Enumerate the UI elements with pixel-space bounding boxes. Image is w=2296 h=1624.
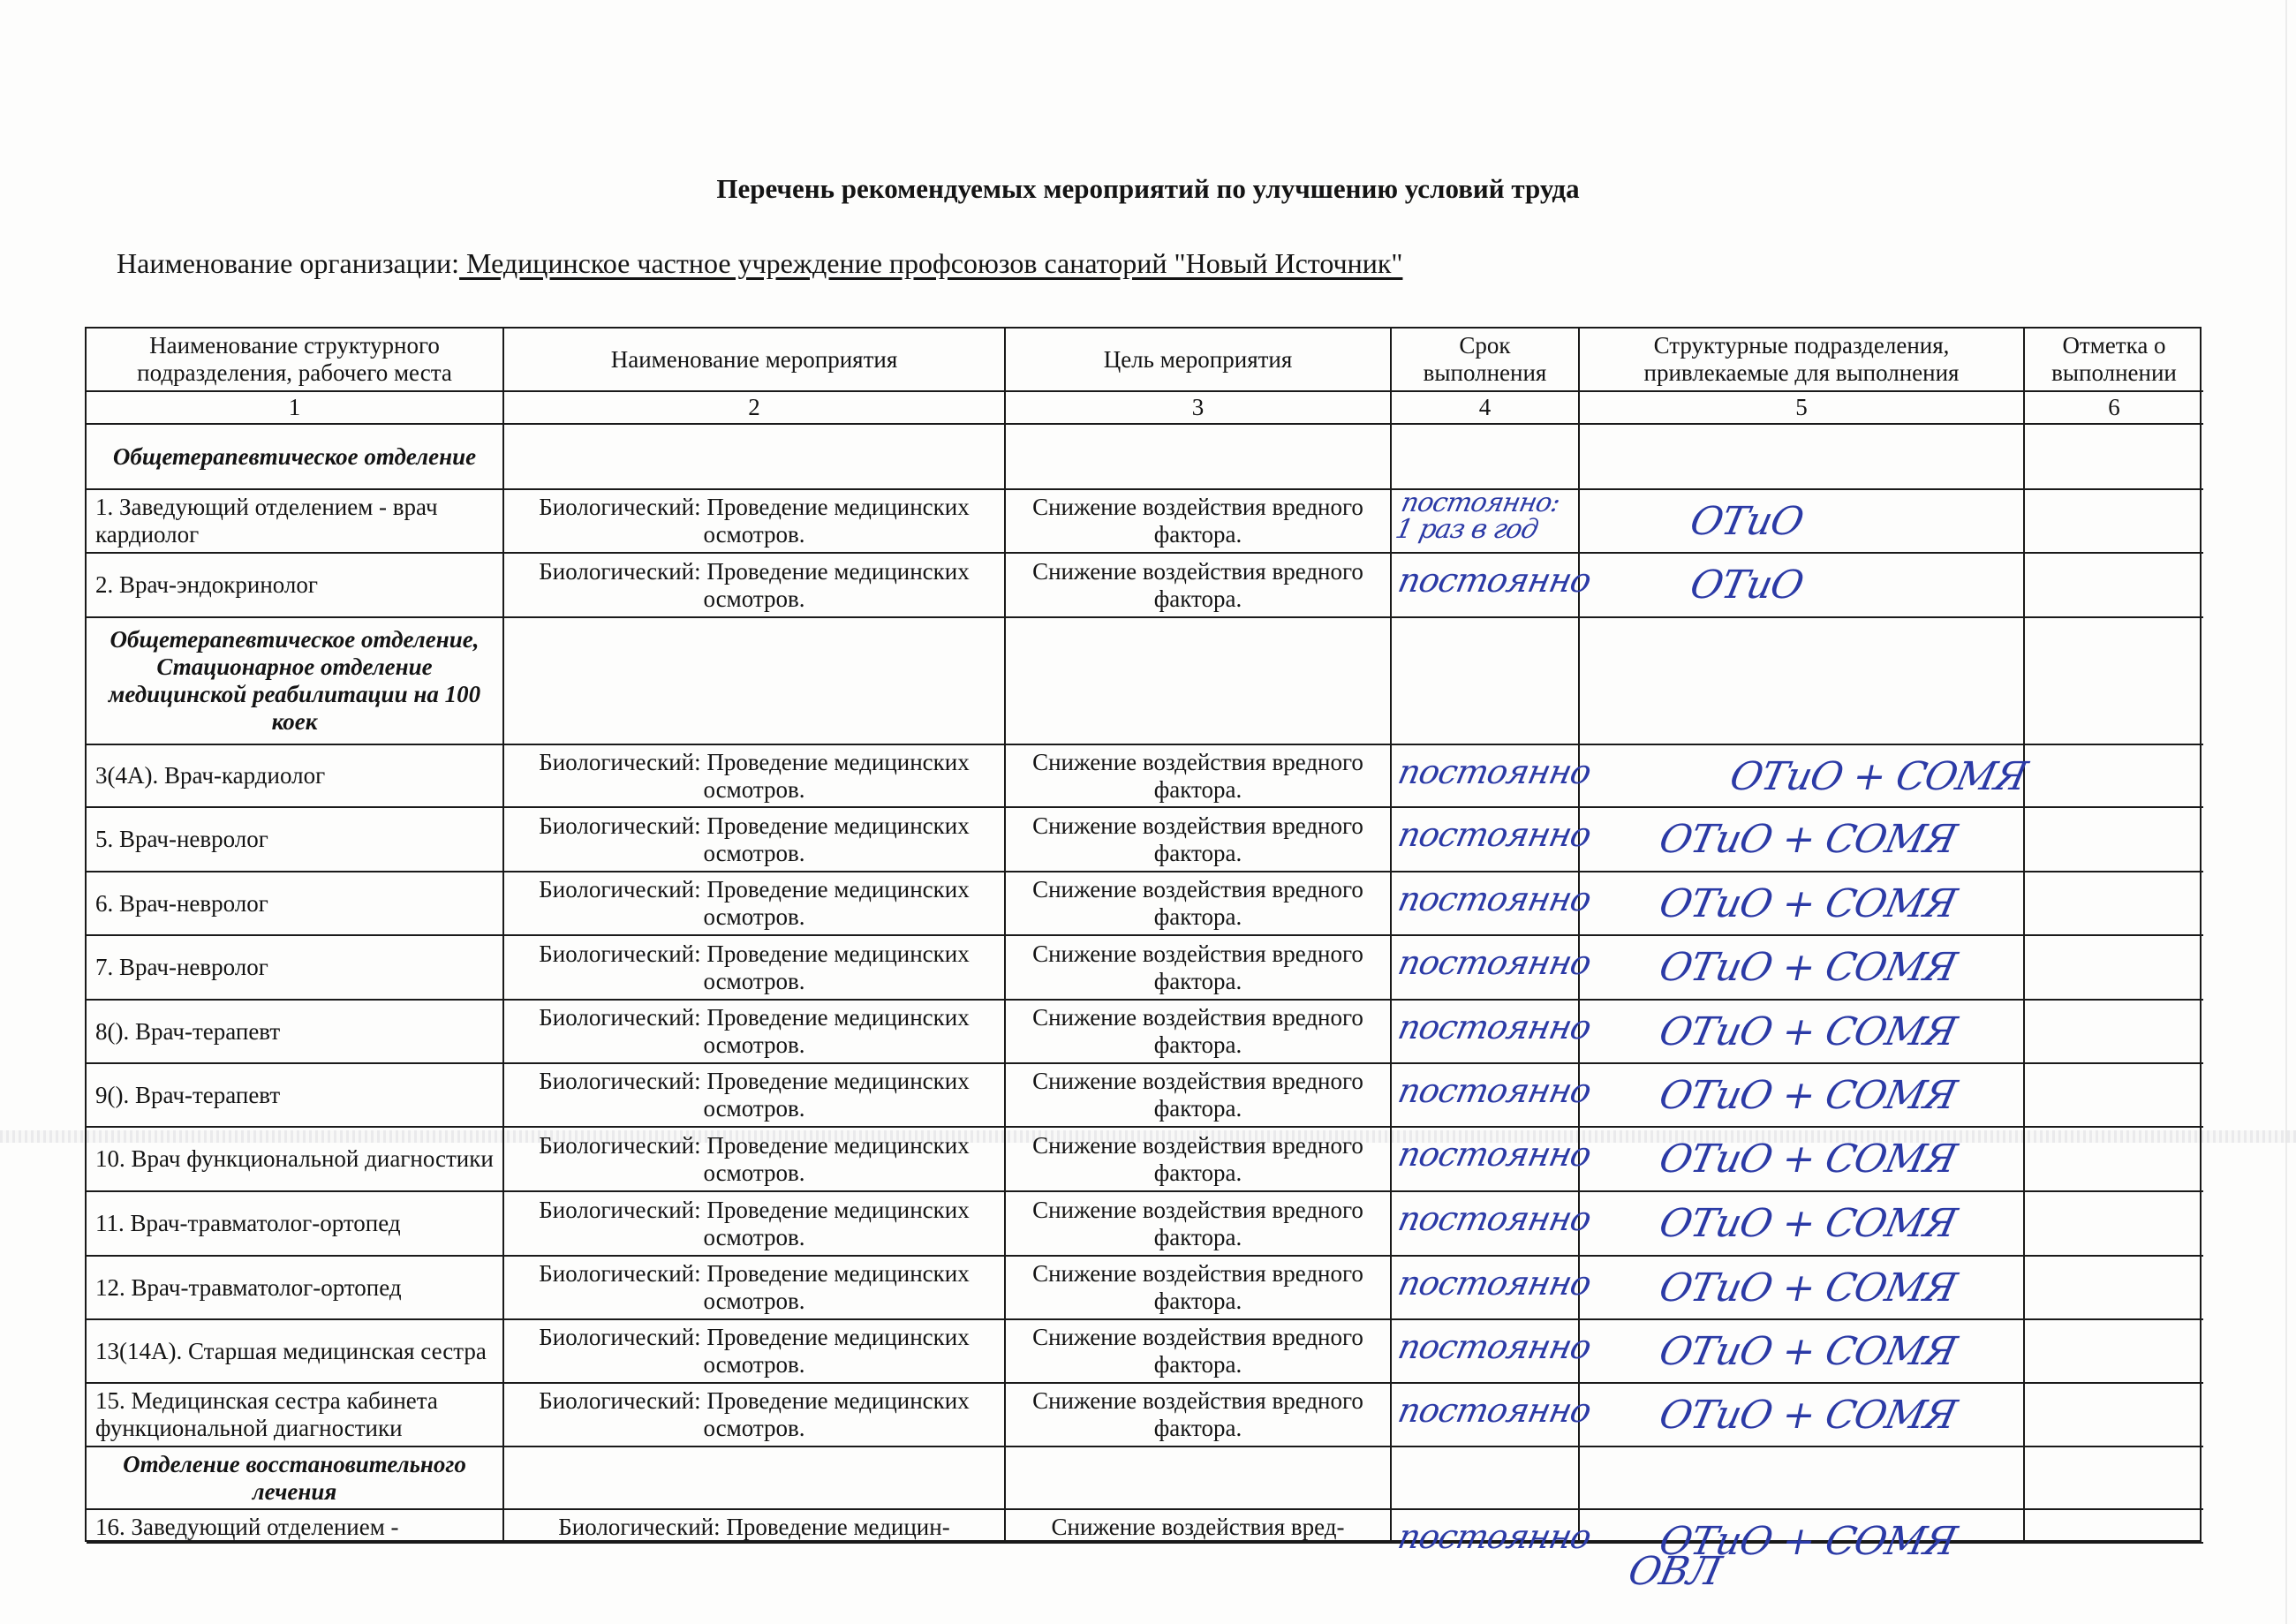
goal-cell: Снижение воздействия вредного фактора. bbox=[1006, 490, 1392, 554]
completion-mark-cell bbox=[2025, 490, 2203, 554]
workplace-cell: 2. Врач-эндокринолог bbox=[87, 554, 504, 618]
goal-cell: Снижение воздействия вредного фактора. bbox=[1006, 872, 1392, 936]
empty-cell bbox=[1006, 618, 1392, 745]
handwritten-units: ОТиО + СОМЯ bbox=[1656, 1265, 1960, 1311]
workplace-cell: 9(). Врач-терапевт bbox=[87, 1064, 504, 1128]
column-number: 2 bbox=[504, 392, 1006, 425]
handwritten-deadline: постоянно bbox=[1394, 1517, 1594, 1556]
workplace-cell: 11. Врач-травматолог-ортопед bbox=[87, 1192, 504, 1257]
empty-cell bbox=[1580, 1447, 2025, 1510]
handwritten-units: ОТиО + СОМЯ bbox=[1656, 1201, 1960, 1246]
handwritten-units-extra: ОВЛ bbox=[1625, 1549, 1725, 1594]
handwritten-deadline: постоянно bbox=[1394, 1327, 1594, 1366]
handwritten-deadline: постоянно bbox=[1394, 752, 1594, 791]
empty-cell bbox=[504, 1447, 1006, 1510]
handwritten-deadline: постоянно bbox=[1394, 1264, 1594, 1303]
handwritten-units: ОТиО + СОМЯ bbox=[1656, 1137, 1960, 1182]
organization-name: Медицинское частное учреждение профсоюзо… bbox=[459, 247, 1402, 279]
workplace-cell: 10. Врач функциональной диагностики bbox=[87, 1128, 504, 1192]
completion-mark-cell bbox=[2025, 936, 2203, 1001]
workplace-cell: 8(). Врач-терапевт bbox=[87, 1001, 504, 1064]
measure-cell: Биологический: Проведение медицинских ос… bbox=[504, 745, 1006, 808]
section-heading: Общетерапевтическое отделение bbox=[87, 425, 504, 490]
measure-cell: Биологический: Проведение медицинских ос… bbox=[504, 1064, 1006, 1128]
measure-cell: Биологический: Проведение медицинских ос… bbox=[504, 1001, 1006, 1064]
empty-cell bbox=[1006, 425, 1392, 490]
column-number: 5 bbox=[1580, 392, 2025, 425]
header-deadline: Срок выполнения bbox=[1392, 329, 1580, 392]
goal-cell: Снижение воздействия вредного фактора. bbox=[1006, 554, 1392, 618]
empty-cell bbox=[504, 425, 1006, 490]
empty-cell bbox=[1006, 1447, 1392, 1510]
completion-mark-cell bbox=[2025, 1064, 2203, 1128]
handwritten-deadline: постоянно bbox=[1394, 1071, 1594, 1110]
measure-cell: Биологический: Проведение медицинских ос… bbox=[504, 936, 1006, 1001]
header-mark: Отметка о выполнении bbox=[2025, 329, 2203, 392]
goal-cell: Снижение воздействия вредного фактора. bbox=[1006, 745, 1392, 808]
completion-mark-cell bbox=[2025, 1510, 2203, 1544]
column-number: 3 bbox=[1006, 392, 1392, 425]
header-measure: Наименование мероприятия bbox=[504, 329, 1006, 392]
empty-cell bbox=[2025, 1447, 2203, 1510]
goal-cell: Снижение воздействия вредного фактора. bbox=[1006, 1064, 1392, 1128]
measure-cell: Биологический: Проведение медицинских ос… bbox=[504, 554, 1006, 618]
measure-cell: Биологический: Проведение медицинских ос… bbox=[504, 1320, 1006, 1384]
handwritten-units: ОТиО + СОМЯ bbox=[1656, 1073, 1960, 1118]
organization-label: Наименование организации: bbox=[117, 247, 459, 279]
completion-mark-cell bbox=[2025, 1384, 2203, 1447]
empty-cell bbox=[1580, 618, 2025, 745]
handwritten-deadline: постоянно: 1 раз в год bbox=[1393, 490, 1573, 543]
handwritten-deadline: постоянно bbox=[1394, 561, 1594, 600]
empty-cell bbox=[1392, 618, 1580, 745]
handwritten-units: ОТиО + СОМЯ bbox=[1726, 754, 2031, 799]
empty-cell bbox=[1392, 425, 1580, 490]
completion-mark-cell bbox=[2025, 1192, 2203, 1257]
completion-mark-cell bbox=[2025, 1001, 2203, 1064]
empty-cell bbox=[2025, 425, 2203, 490]
completion-mark-cell bbox=[2025, 1320, 2203, 1384]
handwritten-units: ОТиО + СОМЯ bbox=[1656, 1393, 1960, 1438]
completion-mark-cell bbox=[2025, 1257, 2203, 1320]
measure-cell: Биологический: Проведение медицинских ос… bbox=[504, 1128, 1006, 1192]
handwritten-deadline: постоянно bbox=[1394, 943, 1594, 982]
handwritten-units: ОТиО + СОМЯ bbox=[1656, 881, 1960, 926]
workplace-cell: 3(4А). Врач-кардиолог bbox=[87, 745, 504, 808]
completion-mark-cell bbox=[2025, 554, 2203, 618]
completion-mark-cell bbox=[2025, 1128, 2203, 1192]
goal-cell: Снижение воздействия вредного фактора. bbox=[1006, 1384, 1392, 1447]
section-heading: Отделение восстановительного лечения bbox=[87, 1447, 504, 1510]
measure-cell: Биологический: Проведение медицинских ос… bbox=[504, 1384, 1006, 1447]
completion-mark-cell bbox=[2025, 808, 2203, 872]
handwritten-units: ОТиО + СОМЯ bbox=[1656, 1329, 1960, 1374]
goal-cell: Снижение воздействия вредного фактора. bbox=[1006, 1320, 1392, 1384]
header-goal: Цель мероприятия bbox=[1006, 329, 1392, 392]
goal-cell: Снижение воздействия вредного фактора. bbox=[1006, 1192, 1392, 1257]
workplace-cell: 15. Медицинская сестра кабинета функцион… bbox=[87, 1384, 504, 1447]
empty-cell bbox=[1580, 425, 2025, 490]
handwritten-deadline: постоянно bbox=[1394, 1135, 1594, 1174]
column-number: 6 bbox=[2025, 392, 2203, 425]
measure-cell: Биологический: Проведение медицинских ос… bbox=[504, 1257, 1006, 1320]
goal-cell: Снижение воздействия вредного фактора. bbox=[1006, 808, 1392, 872]
section-heading: Общетерапевтическое отделение, Стационар… bbox=[87, 618, 504, 745]
handwritten-deadline: постоянно bbox=[1394, 815, 1594, 854]
workplace-cell: 5. Врач-невролог bbox=[87, 808, 504, 872]
completion-mark-cell bbox=[2025, 872, 2203, 936]
measure-cell: Биологический: Проведение медицинских ос… bbox=[504, 490, 1006, 554]
handwritten-deadline: постоянно bbox=[1394, 1391, 1594, 1430]
workplace-cell: 6. Врач-невролог bbox=[87, 872, 504, 936]
measure-cell: Биологический: Проведение медицинских ос… bbox=[504, 872, 1006, 936]
empty-cell bbox=[2025, 618, 2203, 745]
workplace-cell: 7. Врач-невролог bbox=[87, 936, 504, 1001]
goal-cell: Снижение воздействия вредного фактора. bbox=[1006, 936, 1392, 1001]
header-units: Структурные подразделения, привлекаемые … bbox=[1580, 329, 2025, 392]
completion-mark-cell bbox=[2025, 745, 2203, 808]
goal-cell: Снижение воздействия вредного фактора. bbox=[1006, 1001, 1392, 1064]
document-title: Перечень рекомендуемых мероприятий по ул… bbox=[0, 173, 2296, 205]
measure-cell: Биологический: Проведение медицинских ос… bbox=[504, 808, 1006, 872]
column-number: 4 bbox=[1392, 392, 1580, 425]
organization-line: Наименование организации: Медицинское ча… bbox=[117, 247, 1402, 280]
measure-cell: Биологический: Проведение медицин- bbox=[504, 1510, 1006, 1544]
workplace-cell: 13(14А). Старшая медицинская сестра bbox=[87, 1320, 504, 1384]
column-number: 1 bbox=[87, 392, 504, 425]
empty-cell bbox=[1392, 1447, 1580, 1510]
handwritten-units: ОТиО bbox=[1687, 563, 1808, 608]
workplace-cell: 16. Заведующий отделением - bbox=[87, 1510, 504, 1544]
workplace-cell: 12. Врач-травматолог-ортопед bbox=[87, 1257, 504, 1320]
handwritten-units: ОТиО + СОМЯ bbox=[1656, 945, 1960, 990]
empty-cell bbox=[504, 618, 1006, 745]
handwritten-deadline: постоянно bbox=[1394, 880, 1594, 918]
handwritten-units: ОТиО bbox=[1687, 499, 1808, 544]
goal-cell: Снижение воздействия вредного фактора. bbox=[1006, 1257, 1392, 1320]
handwritten-units: ОТиО + СОМЯ bbox=[1656, 1009, 1960, 1054]
page-edge bbox=[2285, 0, 2287, 1624]
workplace-cell: 1. Заведующий отделением - врач кардиоло… bbox=[87, 490, 504, 554]
handwritten-deadline: постоянно bbox=[1394, 1008, 1594, 1046]
goal-cell: Снижение воздействия вред- bbox=[1006, 1510, 1392, 1544]
handwritten-units: ОТиО + СОМЯ bbox=[1656, 817, 1960, 862]
header-workplace: Наименование структурного подразделения,… bbox=[87, 329, 504, 392]
measure-cell: Биологический: Проведение медицинских ос… bbox=[504, 1192, 1006, 1257]
handwritten-deadline: постоянно bbox=[1394, 1199, 1594, 1238]
goal-cell: Снижение воздействия вредного фактора. bbox=[1006, 1128, 1392, 1192]
